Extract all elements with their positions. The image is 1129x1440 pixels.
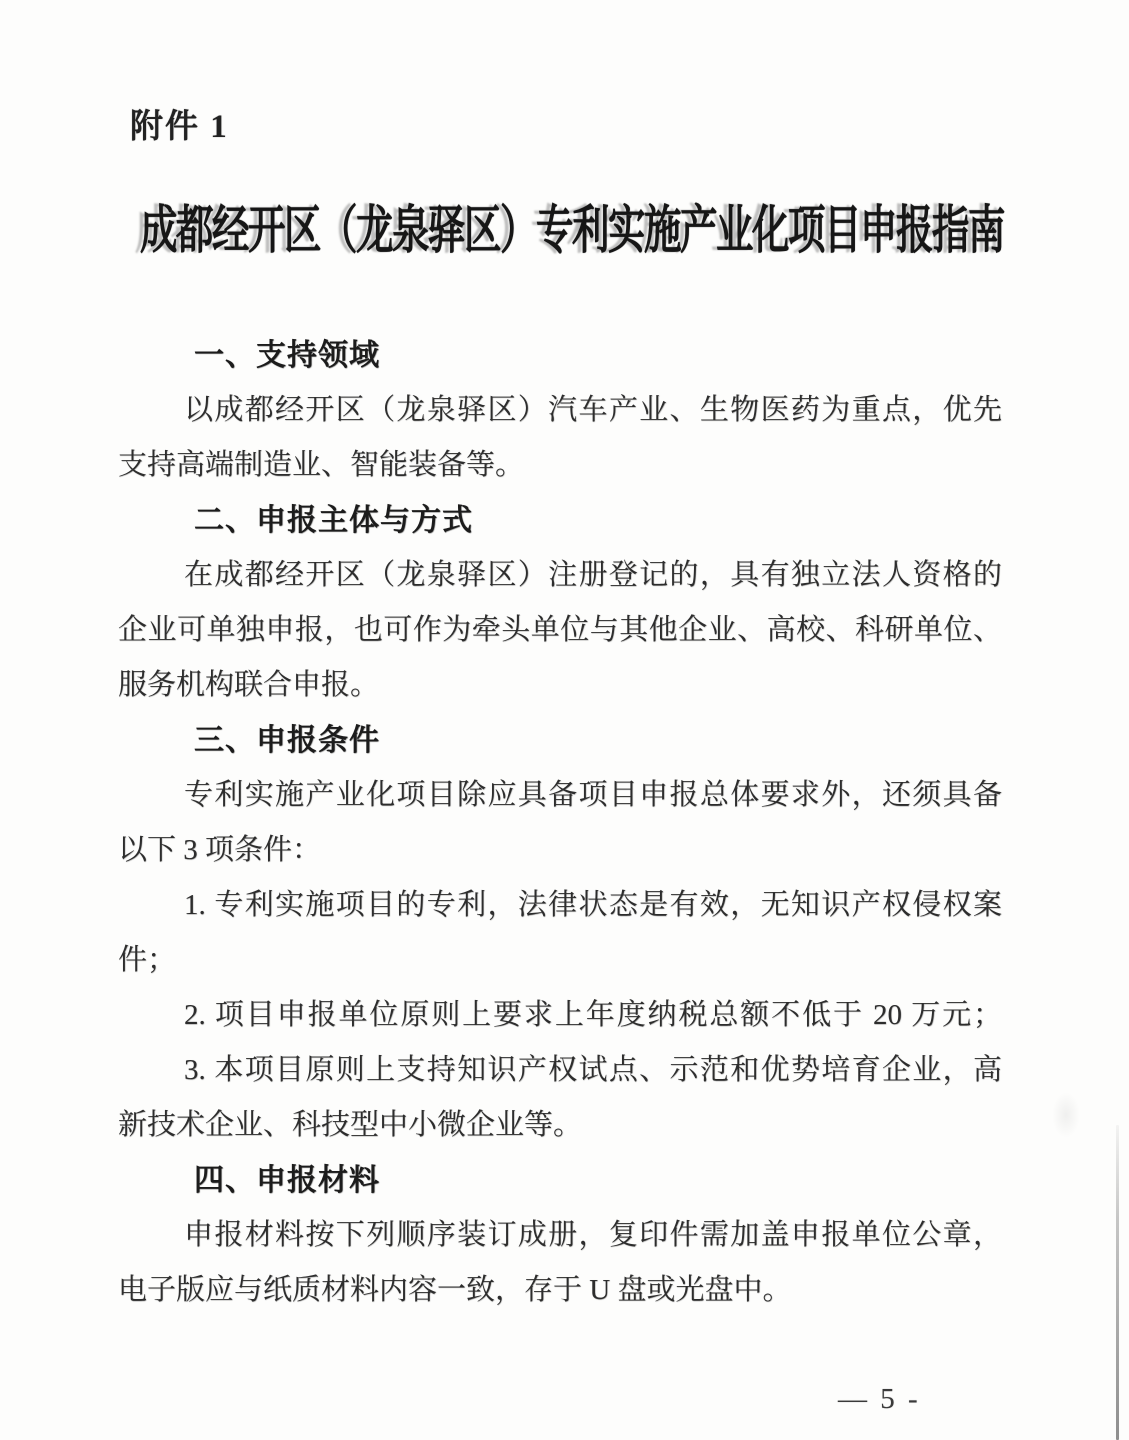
scan-smudge-artifact <box>1052 1092 1080 1138</box>
body-line: 在成都经开区（龙泉驿区）注册登记的，具有独立法人资格的 <box>118 548 1002 603</box>
document-body: 一、支持领域 以成都经开区（龙泉驿区）汽车产业、生物医药为重点，优先 支持高端制… <box>118 328 1002 1318</box>
body-line: 电子版应与纸质材料内容一致，存于 U 盘或光盘中。 <box>118 1263 1002 1318</box>
body-line: 支持高端制造业、智能装备等。 <box>118 438 1002 493</box>
body-line: 专利实施产业化项目除应具备项目申报总体要求外，还须具备 <box>118 768 1002 823</box>
document-title: 成都经开区（龙泉驿区）专利实施产业化项目申报指南 <box>140 188 770 263</box>
section-heading-support-fields: 一、支持领域 <box>118 328 1002 383</box>
condition-item-1-line: 1. 专利实施项目的专利，法律状态是有效，无知识产权侵权案 <box>118 878 1002 933</box>
body-line: 申报材料按下列顺序装订成册，复印件需加盖申报单位公章， <box>118 1208 1002 1263</box>
condition-item-3-line: 3. 本项目原则上支持知识产权试点、示范和优势培育企业，高 <box>118 1043 1002 1098</box>
section-heading-application-materials: 四、申报材料 <box>118 1153 1002 1208</box>
page-number: — 5 - <box>838 1383 921 1416</box>
scan-edge-line-artifact <box>1116 1125 1119 1440</box>
body-line: 企业可单独申报，也可作为牵头单位与其他企业、高校、科研单位、 <box>118 603 1002 658</box>
body-line: 以成都经开区（龙泉驿区）汽车产业、生物医药为重点，优先 <box>118 383 1002 438</box>
condition-item-2-line: 2. 项目申报单位原则上要求上年度纳税总额不低于 20 万元； <box>118 988 1002 1043</box>
section-heading-applicant-and-method: 二、申报主体与方式 <box>118 493 1002 548</box>
body-line: 服务机构联合申报。 <box>118 658 1002 713</box>
scanned-document-page: 附件 1 成都经开区（龙泉驿区）专利实施产业化项目申报指南 一、支持领域 以成都… <box>0 0 1129 1440</box>
condition-item-1-line: 件； <box>118 933 1002 988</box>
section-heading-application-conditions: 三、申报条件 <box>118 713 1002 768</box>
condition-item-3-line: 新技术企业、科技型中小微企业等。 <box>118 1098 1002 1153</box>
attachment-label: 附件 1 <box>130 100 229 147</box>
body-line: 以下 3 项条件： <box>118 823 1002 878</box>
